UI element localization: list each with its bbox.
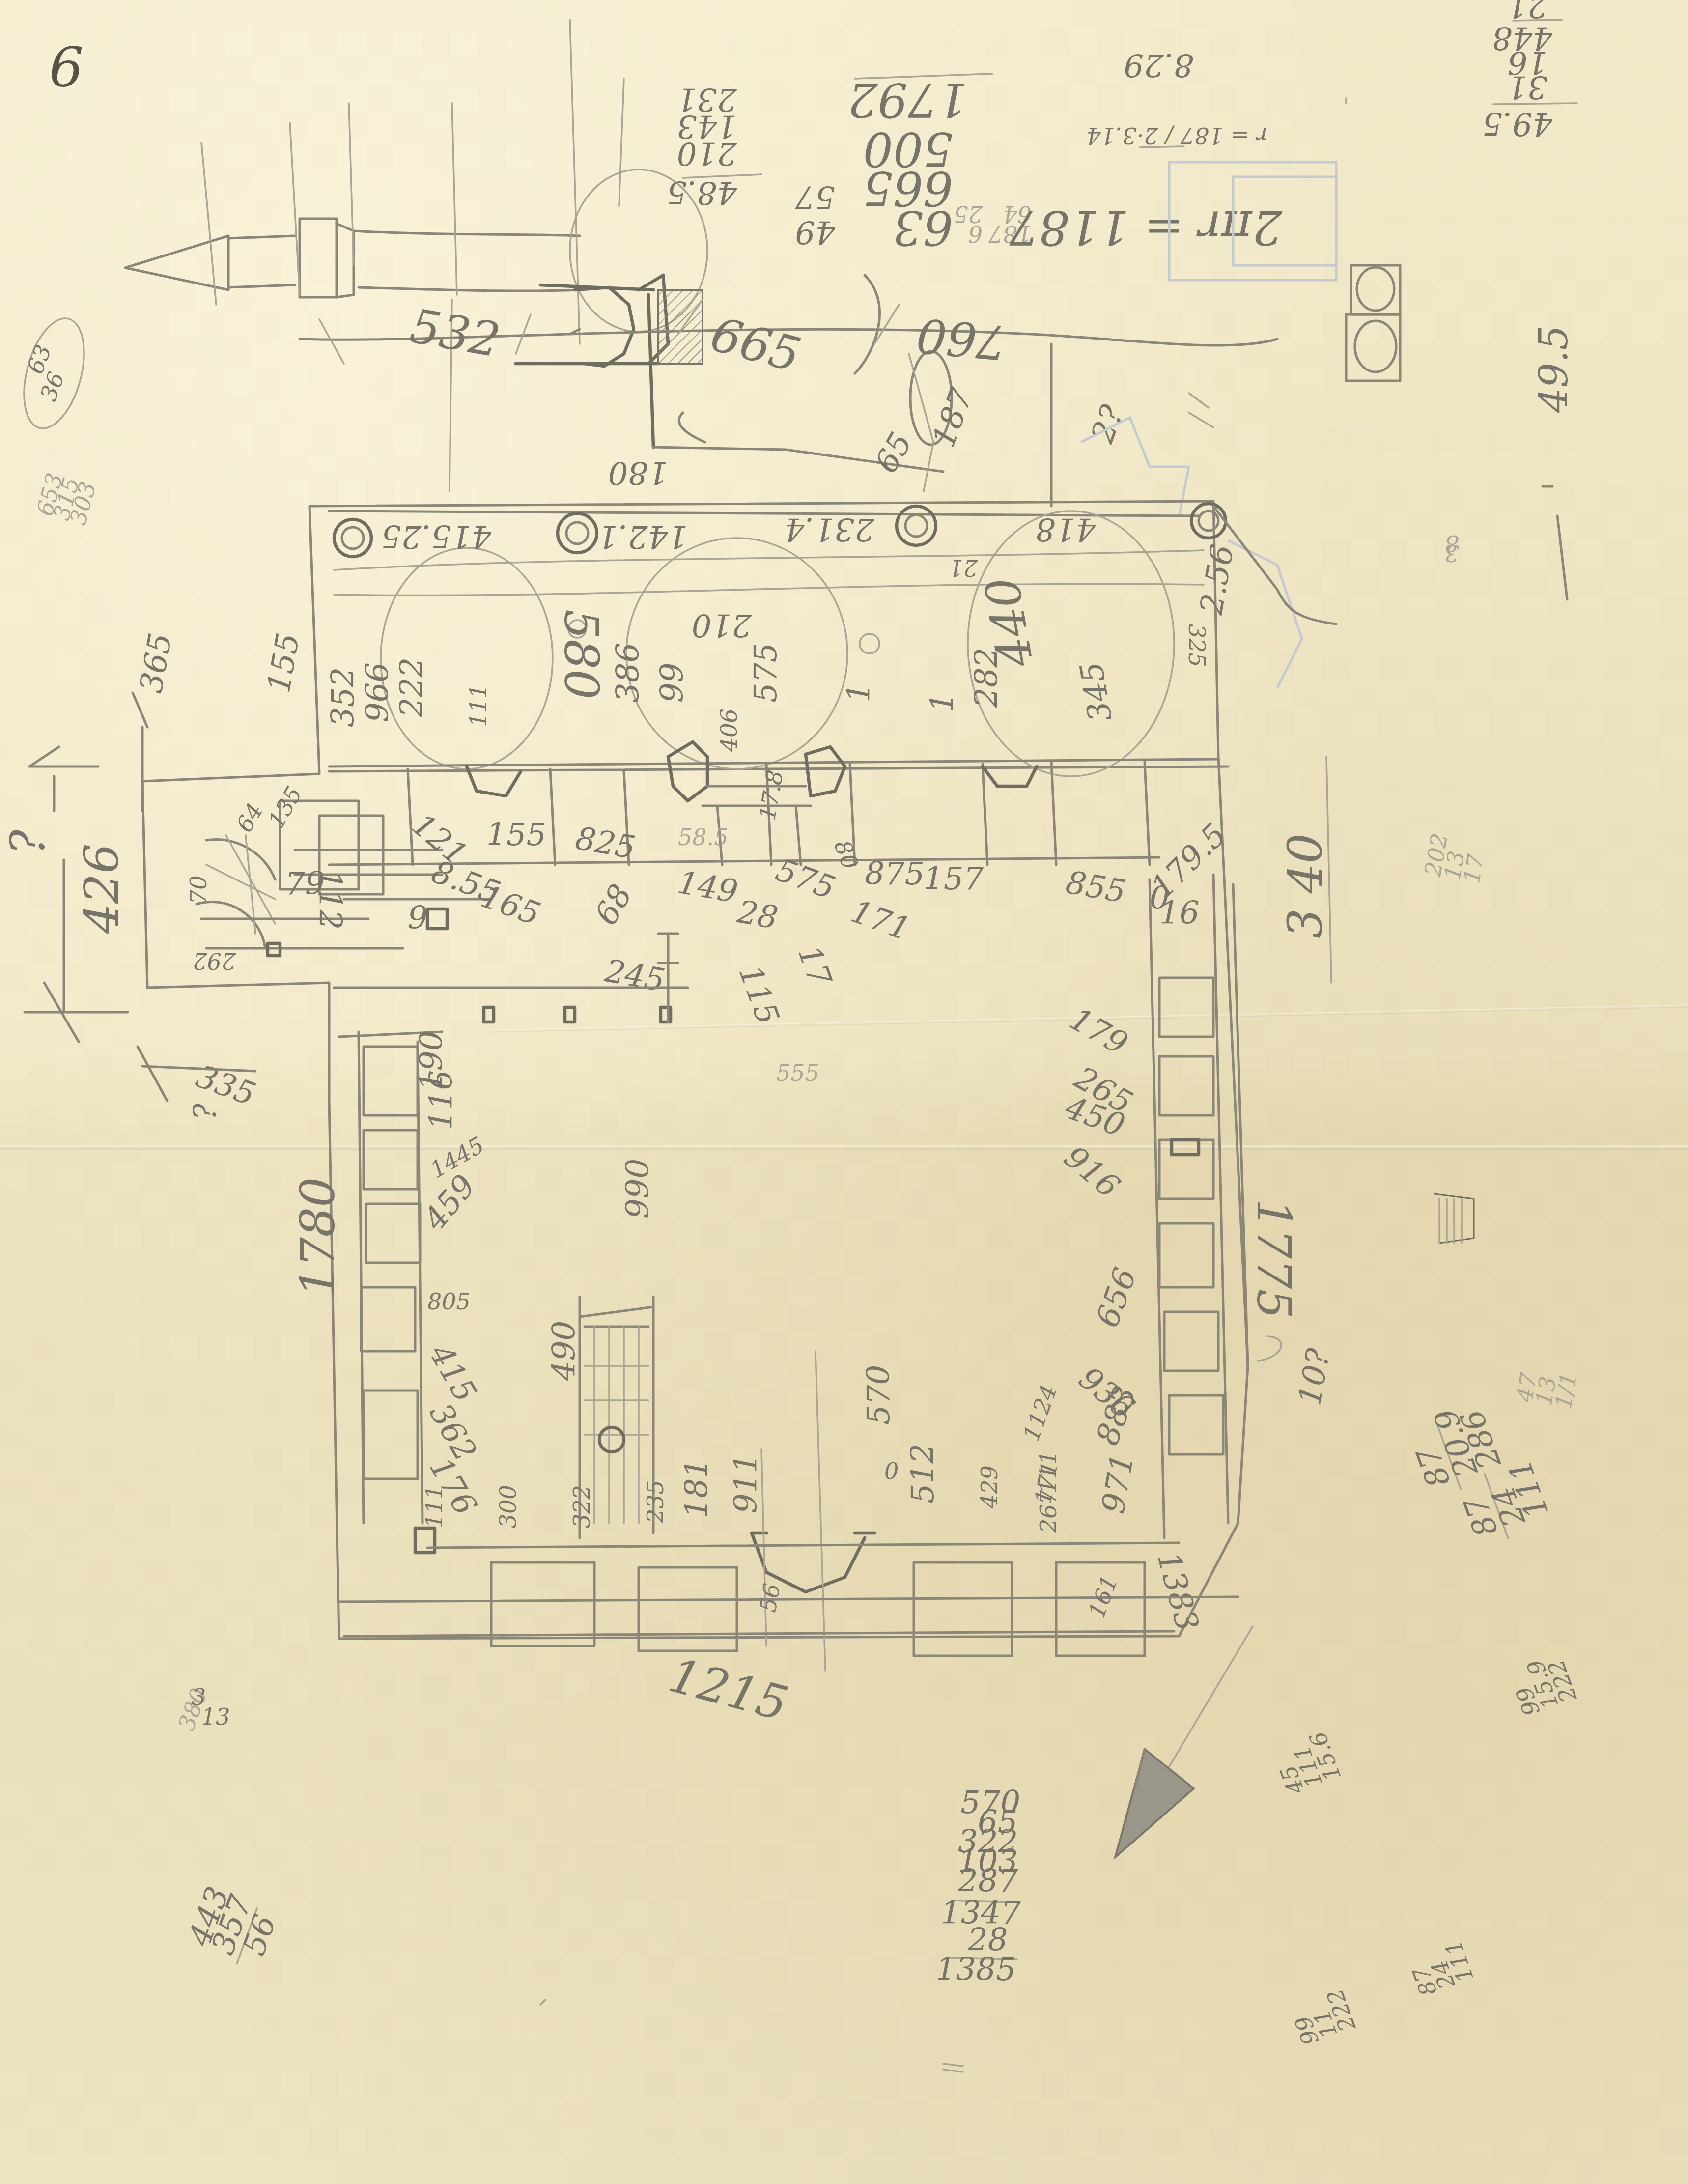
calc-left-top: 653 315 303 [31,470,102,528]
left-outer-dimensions: 426 ? 365 155 1780 ? [0,630,345,1297]
svg-text:115: 115 [731,961,786,1029]
svg-text:300: 300 [495,1485,521,1528]
svg-text:990: 990 [620,1159,656,1219]
svg-text:292: 292 [193,948,236,974]
svg-text:365: 365 [133,630,179,696]
svg-text:17: 17 [790,941,838,991]
calc-right-bottom-4: 87 24 111 [1402,1936,1479,2000]
svg-text:222: 222 [394,657,430,718]
dim-532: 532 [406,298,504,368]
svg-text:9: 9 [408,900,428,936]
svg-text:68: 68 [588,879,640,932]
svg-text:165: 165 [476,878,545,933]
svg-text:21: 21 [949,555,978,581]
svg-text:17.8: 17.8 [754,768,788,822]
floor-plan: 415.25 142.1 231.4 418 210 580 21 180 32… [0,454,1474,1731]
narthex-labels: 121 155 825 58.5 149 575 875 157 855 179… [405,768,1234,1029]
calc-right-middle: 87 20.9 286 [1400,1395,1512,1502]
svg-text:245: 245 [602,953,668,999]
svg-text:21: 21 [1508,0,1548,24]
column-sum: 49.5 31 16 448 21 22 58 42 252 [1483,0,1577,142]
dim-415-25: 415.25 [381,518,492,554]
svg-text:70: 70 [185,875,212,904]
svg-text:58.5: 58.5 [678,824,728,851]
svg-text:28: 28 [734,894,781,936]
svg-text:80: 80 [829,837,864,873]
svg-text:155: 155 [261,630,307,696]
svg-text:429: 429 [976,1465,1003,1509]
svg-text:99: 99 [654,663,691,703]
svg-text:111: 111 [465,684,492,727]
calc-right-bottom-3: 99 11 222 [1284,1985,1361,2049]
svg-text:512: 512 [905,1444,941,1503]
north-arrow-icon [1115,1626,1253,1857]
svg-text:325: 325 [1183,624,1210,667]
calc-right-edge: 202 13 17 [1419,831,1491,886]
dim-180: 180 [608,454,668,490]
svg-text:22: 22 [1508,0,1548,1]
svg-text:267: 267 [1035,1489,1062,1533]
svg-text:179: 179 [1064,1001,1134,1062]
svg-text:570: 570 [861,1365,897,1425]
svg-text:149: 149 [675,864,740,910]
minbar-and-mihrab: 490 570 990 555 [546,1060,897,1671]
svg-text:155: 155 [486,817,546,853]
svg-text:345: 345 [1073,659,1120,724]
svg-text:?: ? [0,829,56,855]
dim-65: 65 [868,426,920,480]
svg-text:555: 555 [776,1060,819,1086]
calc-right-bottom-2: 45 111 15.6 [1267,1728,1346,1798]
dim-580: 580 [554,609,609,699]
svg-text:3: 3 [1445,540,1459,567]
floor-plan-drawing: 6 63 36 [0,0,1688,2184]
upper-bay-labels: 352 966 222 111 386 99 575 1 1 282 440 3… [325,573,1120,752]
svg-text:656: 656 [1089,1263,1144,1332]
svg-text:116: 116 [423,1070,460,1130]
svg-text:459: 459 [416,1168,483,1238]
svg-text:448: 448 [1492,19,1553,56]
calc-right-upper: 47 13 1/1 [1511,1363,1582,1411]
svg-text:57: 57 [795,179,835,215]
svg-text:1385: 1385 [936,1952,1016,1988]
dim-418: 418 [1036,511,1096,547]
svg-text:49.5: 49.5 [1483,105,1553,142]
dim-1775: 1775 [1246,1199,1301,1319]
svg-text:17: 17 [1458,852,1489,885]
svg-text:2.56: 2.56 [1193,542,1241,618]
svg-text:111: 111 [421,1485,448,1528]
svg-text:1792: 1792 [848,72,968,127]
svg-text:386: 386 [610,643,647,703]
svg-text:6: 6 [968,221,983,247]
dim-1383: 1383 [1150,1548,1206,1635]
svg-text:322: 322 [568,1485,595,1528]
svg-text:56: 56 [755,1581,786,1614]
circled-note: 63 36 [13,312,95,435]
svg-text:805: 805 [427,1288,471,1315]
svg-text:49: 49 [795,213,836,250]
calc-bottom-center: 570 65 322 103 287 1347 28 1385 [936,1785,1021,1988]
dim-142-1: 142.1 [598,518,688,554]
svg-text:181: 181 [679,1458,715,1518]
dim-187: 187 [926,383,980,452]
note-ex: 49.5 [1531,325,1576,413]
svg-text:157: 157 [924,861,984,897]
svg-text:111: 111 [1035,1450,1062,1494]
svg-text:63: 63 [893,200,953,255]
svg-text:406: 406 [716,709,742,752]
dim-1215: 1215 [663,1647,793,1731]
svg-text:171: 171 [846,893,915,948]
svg-text:0: 0 [884,1458,899,1484]
svg-text:13: 13 [201,1703,230,1730]
svg-text:0: 0 [1150,880,1170,917]
dim-1780: 1780 [290,1177,345,1297]
dim-426: 426 [74,844,129,934]
dim-210: 210 [692,606,752,643]
svg-text:971: 971 [1095,1451,1141,1516]
svg-text:161: 161 [1083,1572,1123,1621]
svg-text:575: 575 [748,643,784,703]
calc-bottom-left: 443 357 56 [180,1882,287,1974]
svg-text:2πr = 1187: 2πr = 1187 [1009,200,1283,255]
svg-text:r = 187 / 2·3.14: r = 187 / 2·3.14 [1086,122,1267,149]
svg-text:911: 911 [728,1453,764,1513]
svg-text:1: 1 [925,692,961,712]
calc-left-note: 380 3 13 [173,1684,230,1734]
svg-text:916: 916 [1057,1139,1126,1205]
svg-text:231: 231 [677,81,737,117]
svg-text:3 40: 3 40 [1278,833,1333,938]
svg-text:1: 1 [841,682,877,703]
svg-text:287: 287 [957,1863,1018,1900]
svg-text:235: 235 [642,1480,669,1524]
svg-text:855: 855 [1063,864,1128,910]
svg-text:?: ? [188,1103,224,1120]
elevation-strip: 532 665 760 187 2? 65 1792 500 665 63 48… [125,20,1277,506]
svg-text:1/1: 1/1 [1550,1370,1582,1411]
sketch-sheet: 6 63 36 [0,0,1688,2184]
dim-760: 760 [914,308,1009,370]
svg-text:135: 135 [263,782,308,832]
svg-text:825: 825 [573,820,638,866]
svg-text:8.29: 8.29 [1124,46,1194,83]
svg-text:1124: 1124 [1018,1381,1063,1444]
dim-665: 665 [705,307,806,383]
svg-text:64: 64 [231,798,268,837]
svg-text:79: 79 [285,866,325,902]
svg-text:490: 490 [546,1321,583,1381]
svg-text:966: 966 [360,662,396,722]
page-number: 6 [49,36,84,99]
svg-text:875: 875 [865,856,925,892]
dim-231-4: 231.4 [785,511,875,547]
dim-2q: 2? [1084,400,1131,448]
calc-right-bottom-1: 99 15.9 222 [1503,1649,1582,1720]
svg-text:352: 352 [325,667,362,727]
svg-text:10?: 10? [1292,1345,1337,1408]
svg-text:48.5: 48.5 [667,174,738,210]
